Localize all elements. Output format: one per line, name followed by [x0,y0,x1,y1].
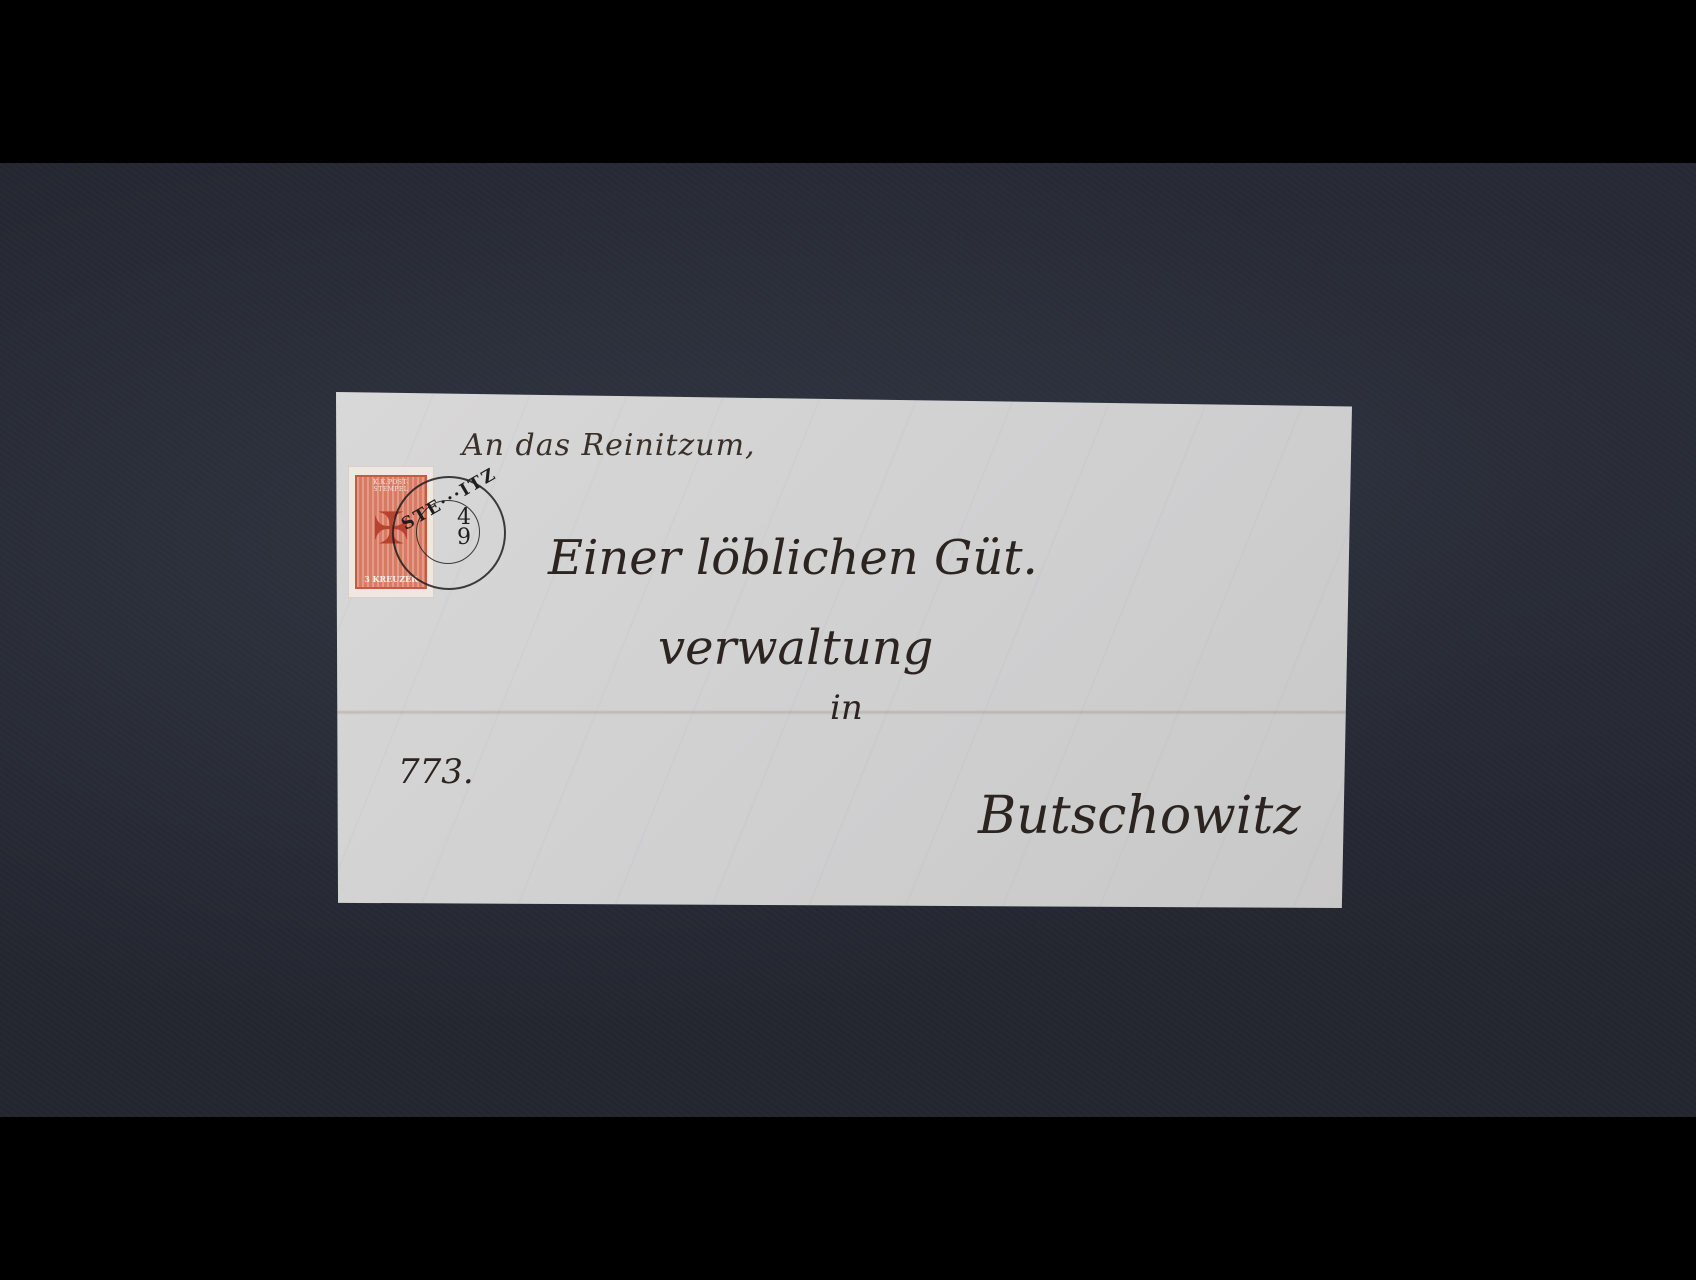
reference-number: 773. [398,752,474,792]
address-line-3: verwaltung [658,620,933,676]
address-line-2: Einer löblichen Güt. [548,530,1038,586]
postmark-date: 4 9 [452,508,476,548]
postmark-month: 9 [452,528,476,548]
letterbox-bottom-bar [0,1117,1696,1280]
address-line-1: An das Reinitzum, [462,428,756,463]
address-destination: Butschowitz [978,786,1301,846]
address-line-4: in [830,688,863,728]
letterbox-top-bar [0,0,1696,163]
